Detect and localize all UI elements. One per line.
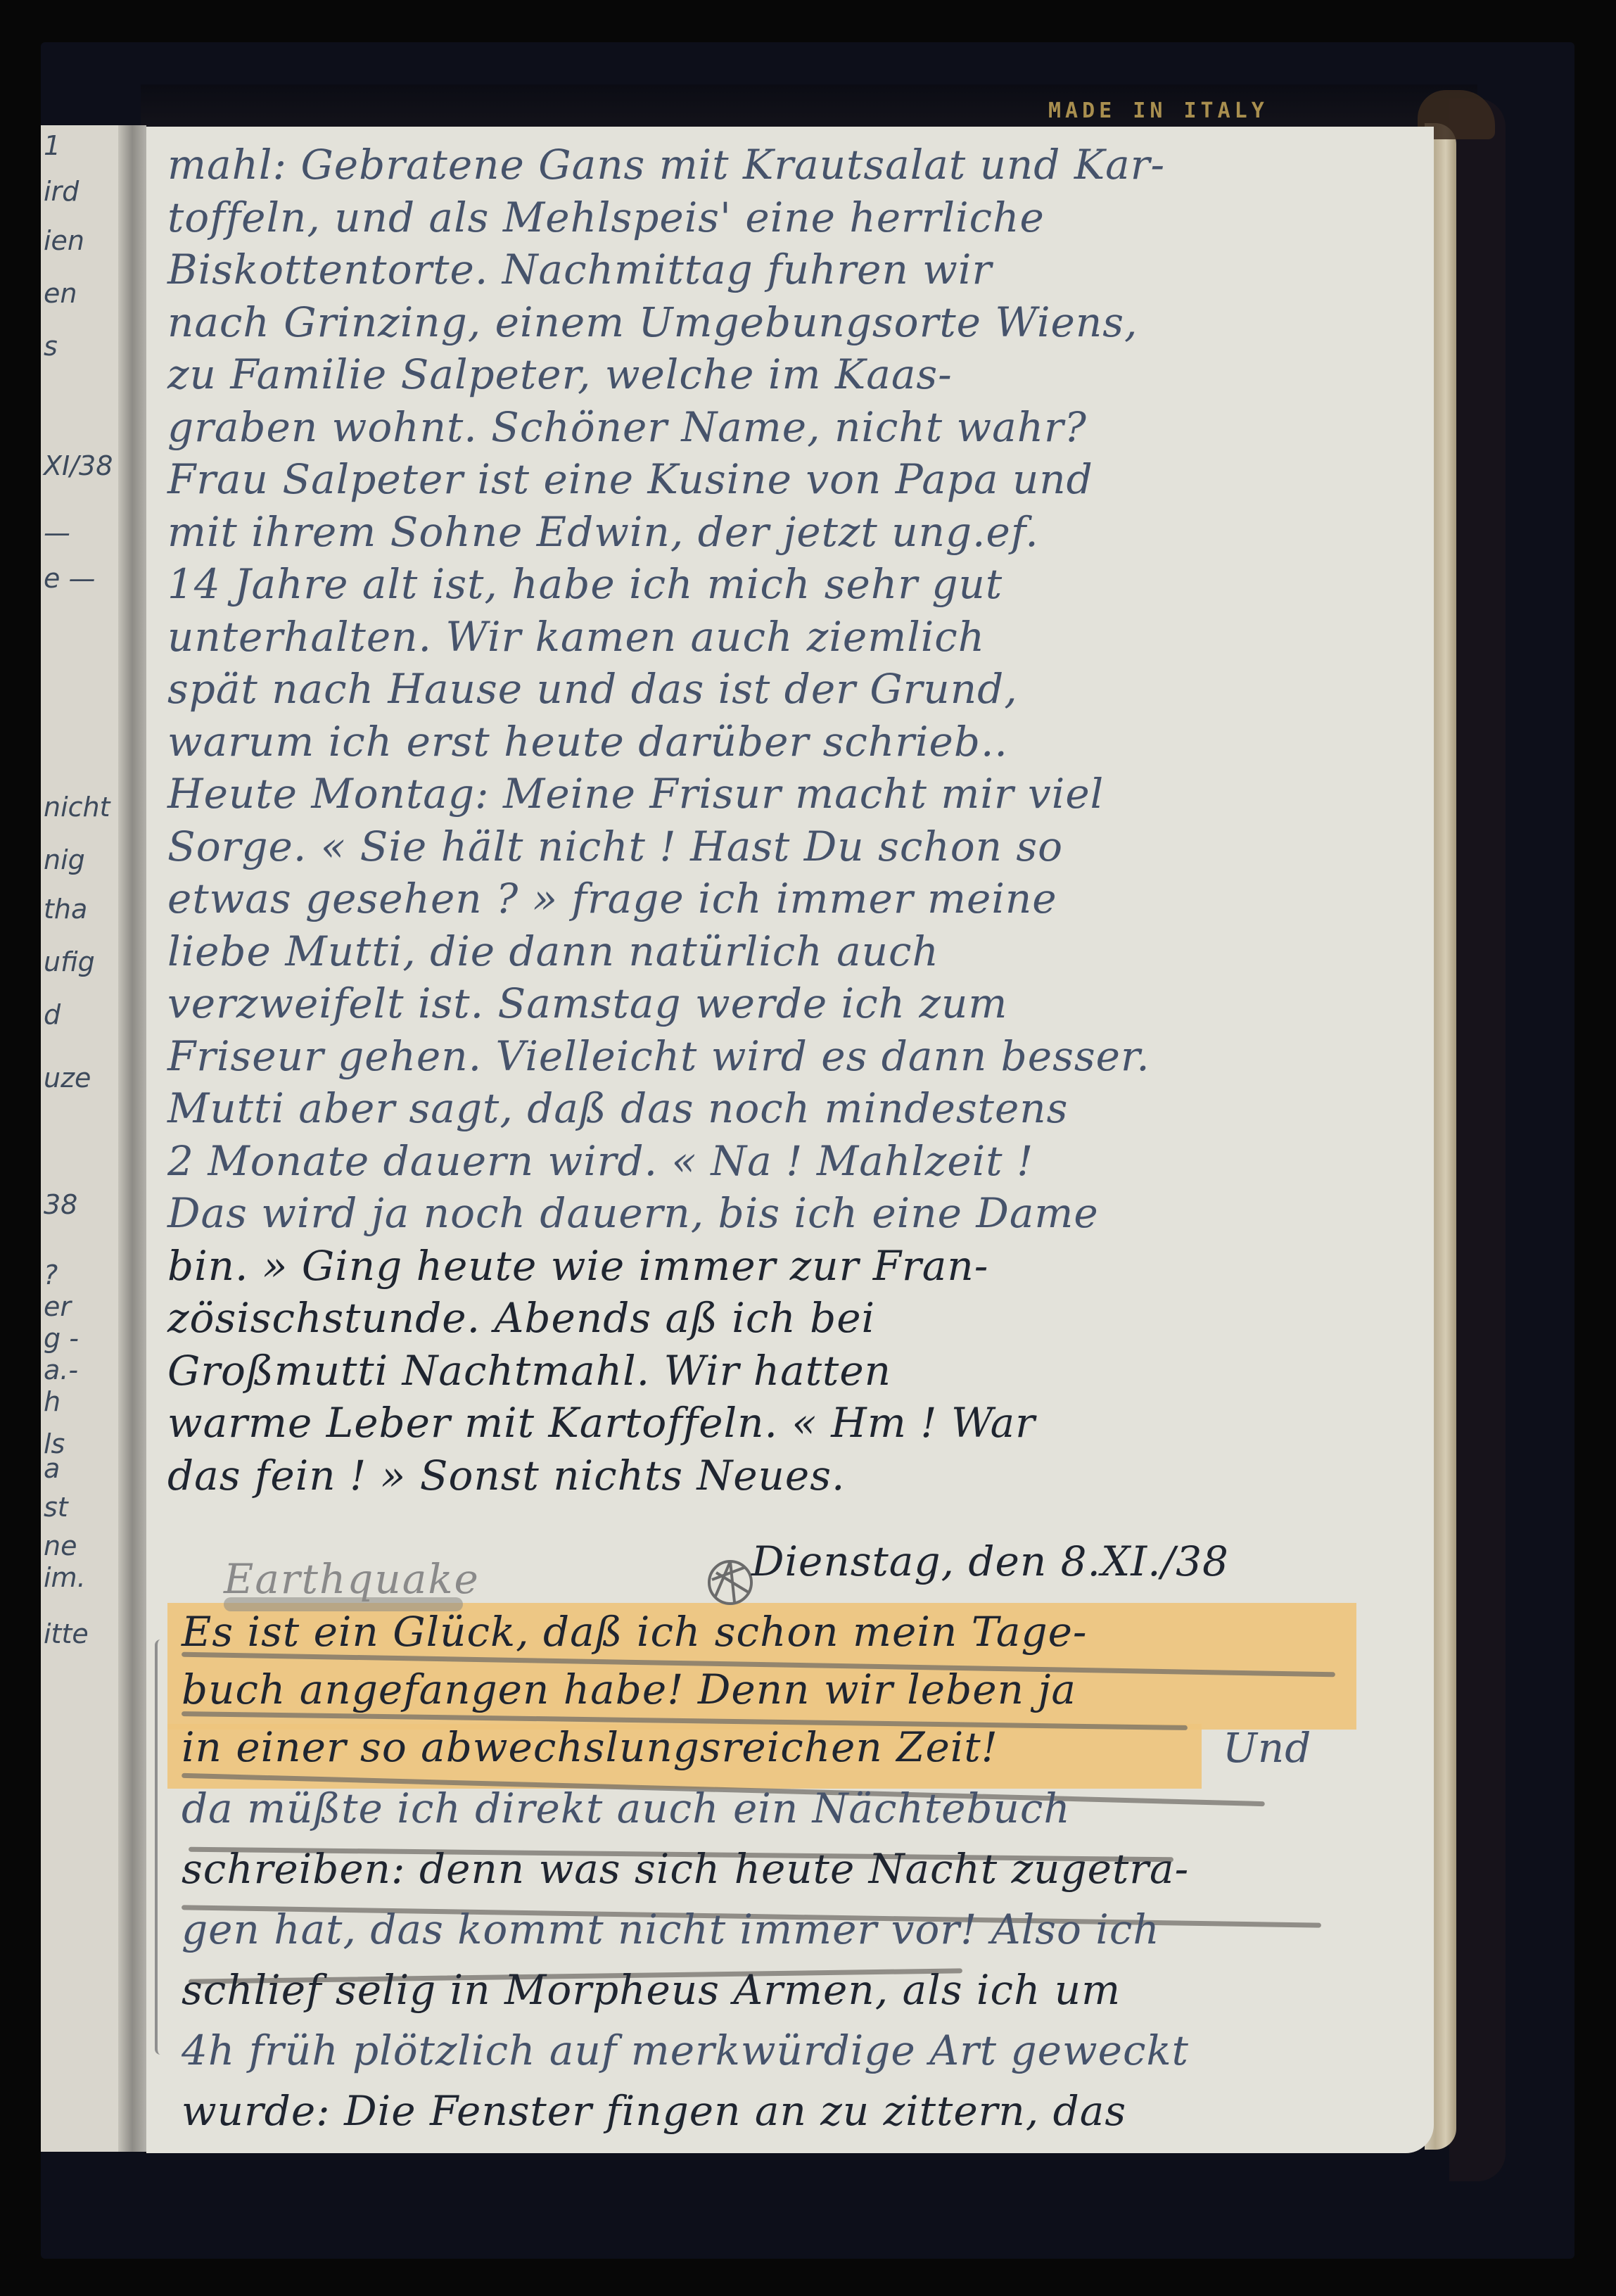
- text-line: Biskottentorte. Nachmittag fuhren wir: [167, 246, 992, 293]
- text-line: Es ist ein Glück, daß ich schon mein Tag…: [182, 1608, 1088, 1656]
- binding-stamp: MADE IN ITALY: [1048, 99, 1268, 123]
- text-line: graben wohnt. Schöner Name, nicht wahr?: [167, 403, 1087, 451]
- circled-star-icon: [702, 1552, 758, 1608]
- previous-page-fragment-text: e —: [44, 563, 95, 594]
- text-line: etwas gesehen ? » frage ich immer meine: [167, 875, 1057, 922]
- text-line: Mutti aber sagt, daß das noch mindestens: [167, 1084, 1068, 1132]
- text-line: bin. » Ging heute wie immer zur Fran-: [167, 1242, 988, 1290]
- text-line: liebe Mutti, die dann natürlich auch: [167, 927, 939, 975]
- previous-page-fragment-text: h: [44, 1386, 61, 1417]
- text-line: buch angefangen habe! Denn wir leben ja: [182, 1666, 1076, 1713]
- previous-page-fragment-text: —: [44, 517, 70, 548]
- diary-page: Earthquake mahl: Gebratene Gans mit Krau…: [146, 127, 1434, 2153]
- text-line: zösischstunde. Abends aß ich bei: [167, 1294, 875, 1342]
- text-line: Sorge. « Sie hält nicht ! Hast Du schon …: [167, 823, 1063, 870]
- previous-page-fragment-text: nig: [44, 844, 85, 875]
- previous-page-fragment-text: d: [44, 999, 61, 1030]
- text-line: Frau Salpeter ist eine Kusine von Papa u…: [167, 455, 1093, 503]
- text-line: warum ich erst heute darüber schrieb..: [167, 718, 1008, 766]
- previous-page-fragment-text: XI/38: [44, 450, 113, 481]
- text-line: 2 Monate dauern wird. « Na ! Mahlzeit !: [167, 1137, 1033, 1185]
- text-line: mit ihrem Sohne Edwin, der jetzt ung.ef.: [167, 508, 1039, 556]
- text-line: Und: [1223, 1724, 1311, 1772]
- text-line: wurde: Die Fenster fingen an zu zittern,…: [182, 2087, 1126, 2135]
- text-line: Das wird ja noch dauern, bis ich eine Da…: [167, 1189, 1099, 1237]
- text-line: toffeln, und als Mehlspeis' eine herrlic…: [167, 194, 1045, 241]
- previous-page-fragment-text: 1: [44, 130, 61, 161]
- text-line: da müßte ich direkt auch ein Nächtebuch: [182, 1784, 1071, 1832]
- text-line: nach Grinzing, einem Umgebungsorte Wiens…: [167, 298, 1138, 346]
- text-line: Dienstag, den 8.XI./38: [751, 1537, 1229, 1585]
- text-line: das fein ! » Sonst nichts Neues.: [167, 1452, 845, 1499]
- previous-page-fragment-text: en: [44, 278, 77, 309]
- text-line: zu Familie Salpeter, welche im Kaas-: [167, 350, 953, 398]
- previous-page-fragment-text: uze: [44, 1063, 91, 1093]
- text-line: spät nach Hause und das ist der Grund,: [167, 665, 1018, 713]
- text-line: 14 Jahre alt ist, habe ich mich sehr gut: [167, 560, 1003, 608]
- previous-page-fragment-text: ne: [44, 1530, 77, 1561]
- previous-page-fragment-text: st: [44, 1492, 68, 1523]
- previous-page-fragment-text: a: [44, 1453, 60, 1484]
- previous-page-fragment-text: im.: [44, 1562, 86, 1593]
- text-line: Friseur gehen. Vielleicht wird es dann b…: [167, 1032, 1150, 1080]
- text-line: mahl: Gebratene Gans mit Krautsalat und …: [167, 141, 1165, 189]
- previous-page-fragment-text: ufig: [44, 946, 95, 977]
- previous-page-fragment-text: itte: [44, 1618, 89, 1649]
- earthquake-annotation: Earthquake: [224, 1555, 480, 1603]
- previous-page-fragment-text: s: [44, 331, 58, 362]
- previous-page-fragment-text: g -: [44, 1323, 79, 1354]
- previous-page-fragment: [41, 125, 118, 2152]
- previous-page-fragment-text: ?: [44, 1260, 58, 1290]
- page-gutter: [118, 125, 146, 2152]
- text-line: Heute Montag: Meine Frisur macht mir vie…: [167, 770, 1104, 818]
- text-line: unterhalten. Wir kamen auch ziemlich: [167, 613, 985, 661]
- text-line: Großmutti Nachtmahl. Wir hatten: [167, 1347, 891, 1395]
- book-spine-right: [1449, 99, 1506, 2181]
- text-line: schlief selig in Morpheus Armen, als ich…: [182, 1966, 1121, 2014]
- text-line: 4h früh plötzlich auf merkwürdige Art ge…: [182, 2027, 1189, 2074]
- previous-page-fragment-text: tha: [44, 894, 87, 925]
- text-line: in einer so abwechslungsreichen Zeit!: [182, 1723, 998, 1771]
- previous-page-fragment-text: nicht: [44, 792, 110, 823]
- pencil-bracket: [155, 1639, 165, 2055]
- text-line: verzweifelt ist. Samstag werde ich zum: [167, 979, 1007, 1027]
- previous-page-fragment-text: ird: [44, 176, 79, 207]
- text-line: warme Leber mit Kartoffeln. « Hm ! War: [167, 1399, 1036, 1447]
- previous-page-fragment-text: a.-: [44, 1355, 78, 1385]
- text-line: gen hat, das kommt nicht immer vor! Also…: [182, 1905, 1160, 1953]
- previous-page-fragment-text: er: [44, 1291, 71, 1322]
- text-line: schreiben: denn was sich heute Nacht zug…: [182, 1845, 1189, 1893]
- previous-page-fragment-text: ien: [44, 225, 84, 256]
- previous-page-fragment-text: 38: [44, 1189, 77, 1220]
